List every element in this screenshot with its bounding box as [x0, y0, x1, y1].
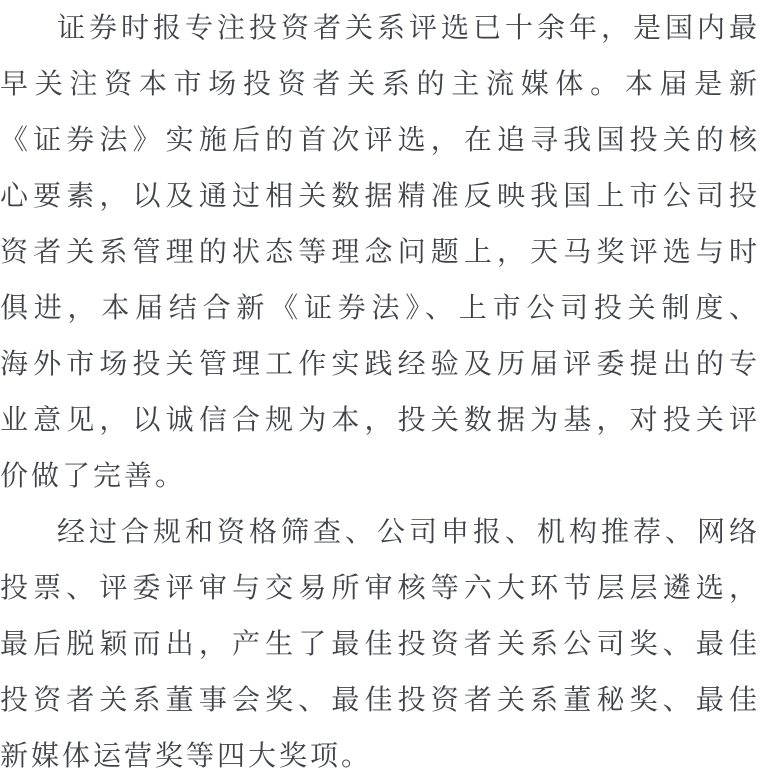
text-line: 心要素，以及通过相关数据精准反映我国上市公司投 — [0, 168, 760, 224]
text-line: 资者关系管理的状态等理念问题上，天马奖评选与时 — [0, 224, 760, 280]
paragraph-2: 经过合规和资格筛查、公司申报、机构推荐、网络 投票、评委评审与交易所审核等六大环… — [0, 504, 760, 784]
text-line: 海外市场投关管理工作实践经验及历届评委提出的专 — [0, 336, 760, 392]
article-text: 证券时报专注投资者关系评选已十余年，是国内最 早关注资本市场投资者关系的主流媒体… — [0, 0, 760, 784]
text-line: 投资者关系董事会奖、最佳投资者关系董秘奖、最佳 — [0, 672, 760, 728]
text-line: 投票、评委评审与交易所审核等六大环节层层遴选， — [0, 560, 760, 616]
text-line: 业意见，以诚信合规为本，投关数据为基，对投关评 — [0, 392, 760, 448]
text-line: 早关注资本市场投资者关系的主流媒体。本届是新 — [0, 56, 760, 112]
text-line: 最后脱颖而出，产生了最佳投资者关系公司奖、最佳 — [0, 616, 760, 672]
paragraph-1: 证券时报专注投资者关系评选已十余年，是国内最 早关注资本市场投资者关系的主流媒体… — [0, 0, 760, 504]
text-line: 证券时报专注投资者关系评选已十余年，是国内最 — [0, 0, 760, 56]
text-line: 价做了完善。 — [0, 448, 760, 504]
text-line: 《证券法》实施后的首次评选，在追寻我国投关的核 — [0, 112, 760, 168]
text-line: 俱进，本届结合新《证券法》、上市公司投关制度、 — [0, 280, 760, 336]
text-line: 经过合规和资格筛查、公司申报、机构推荐、网络 — [0, 504, 760, 560]
text-line: 新媒体运营奖等四大奖项。 — [0, 728, 760, 784]
